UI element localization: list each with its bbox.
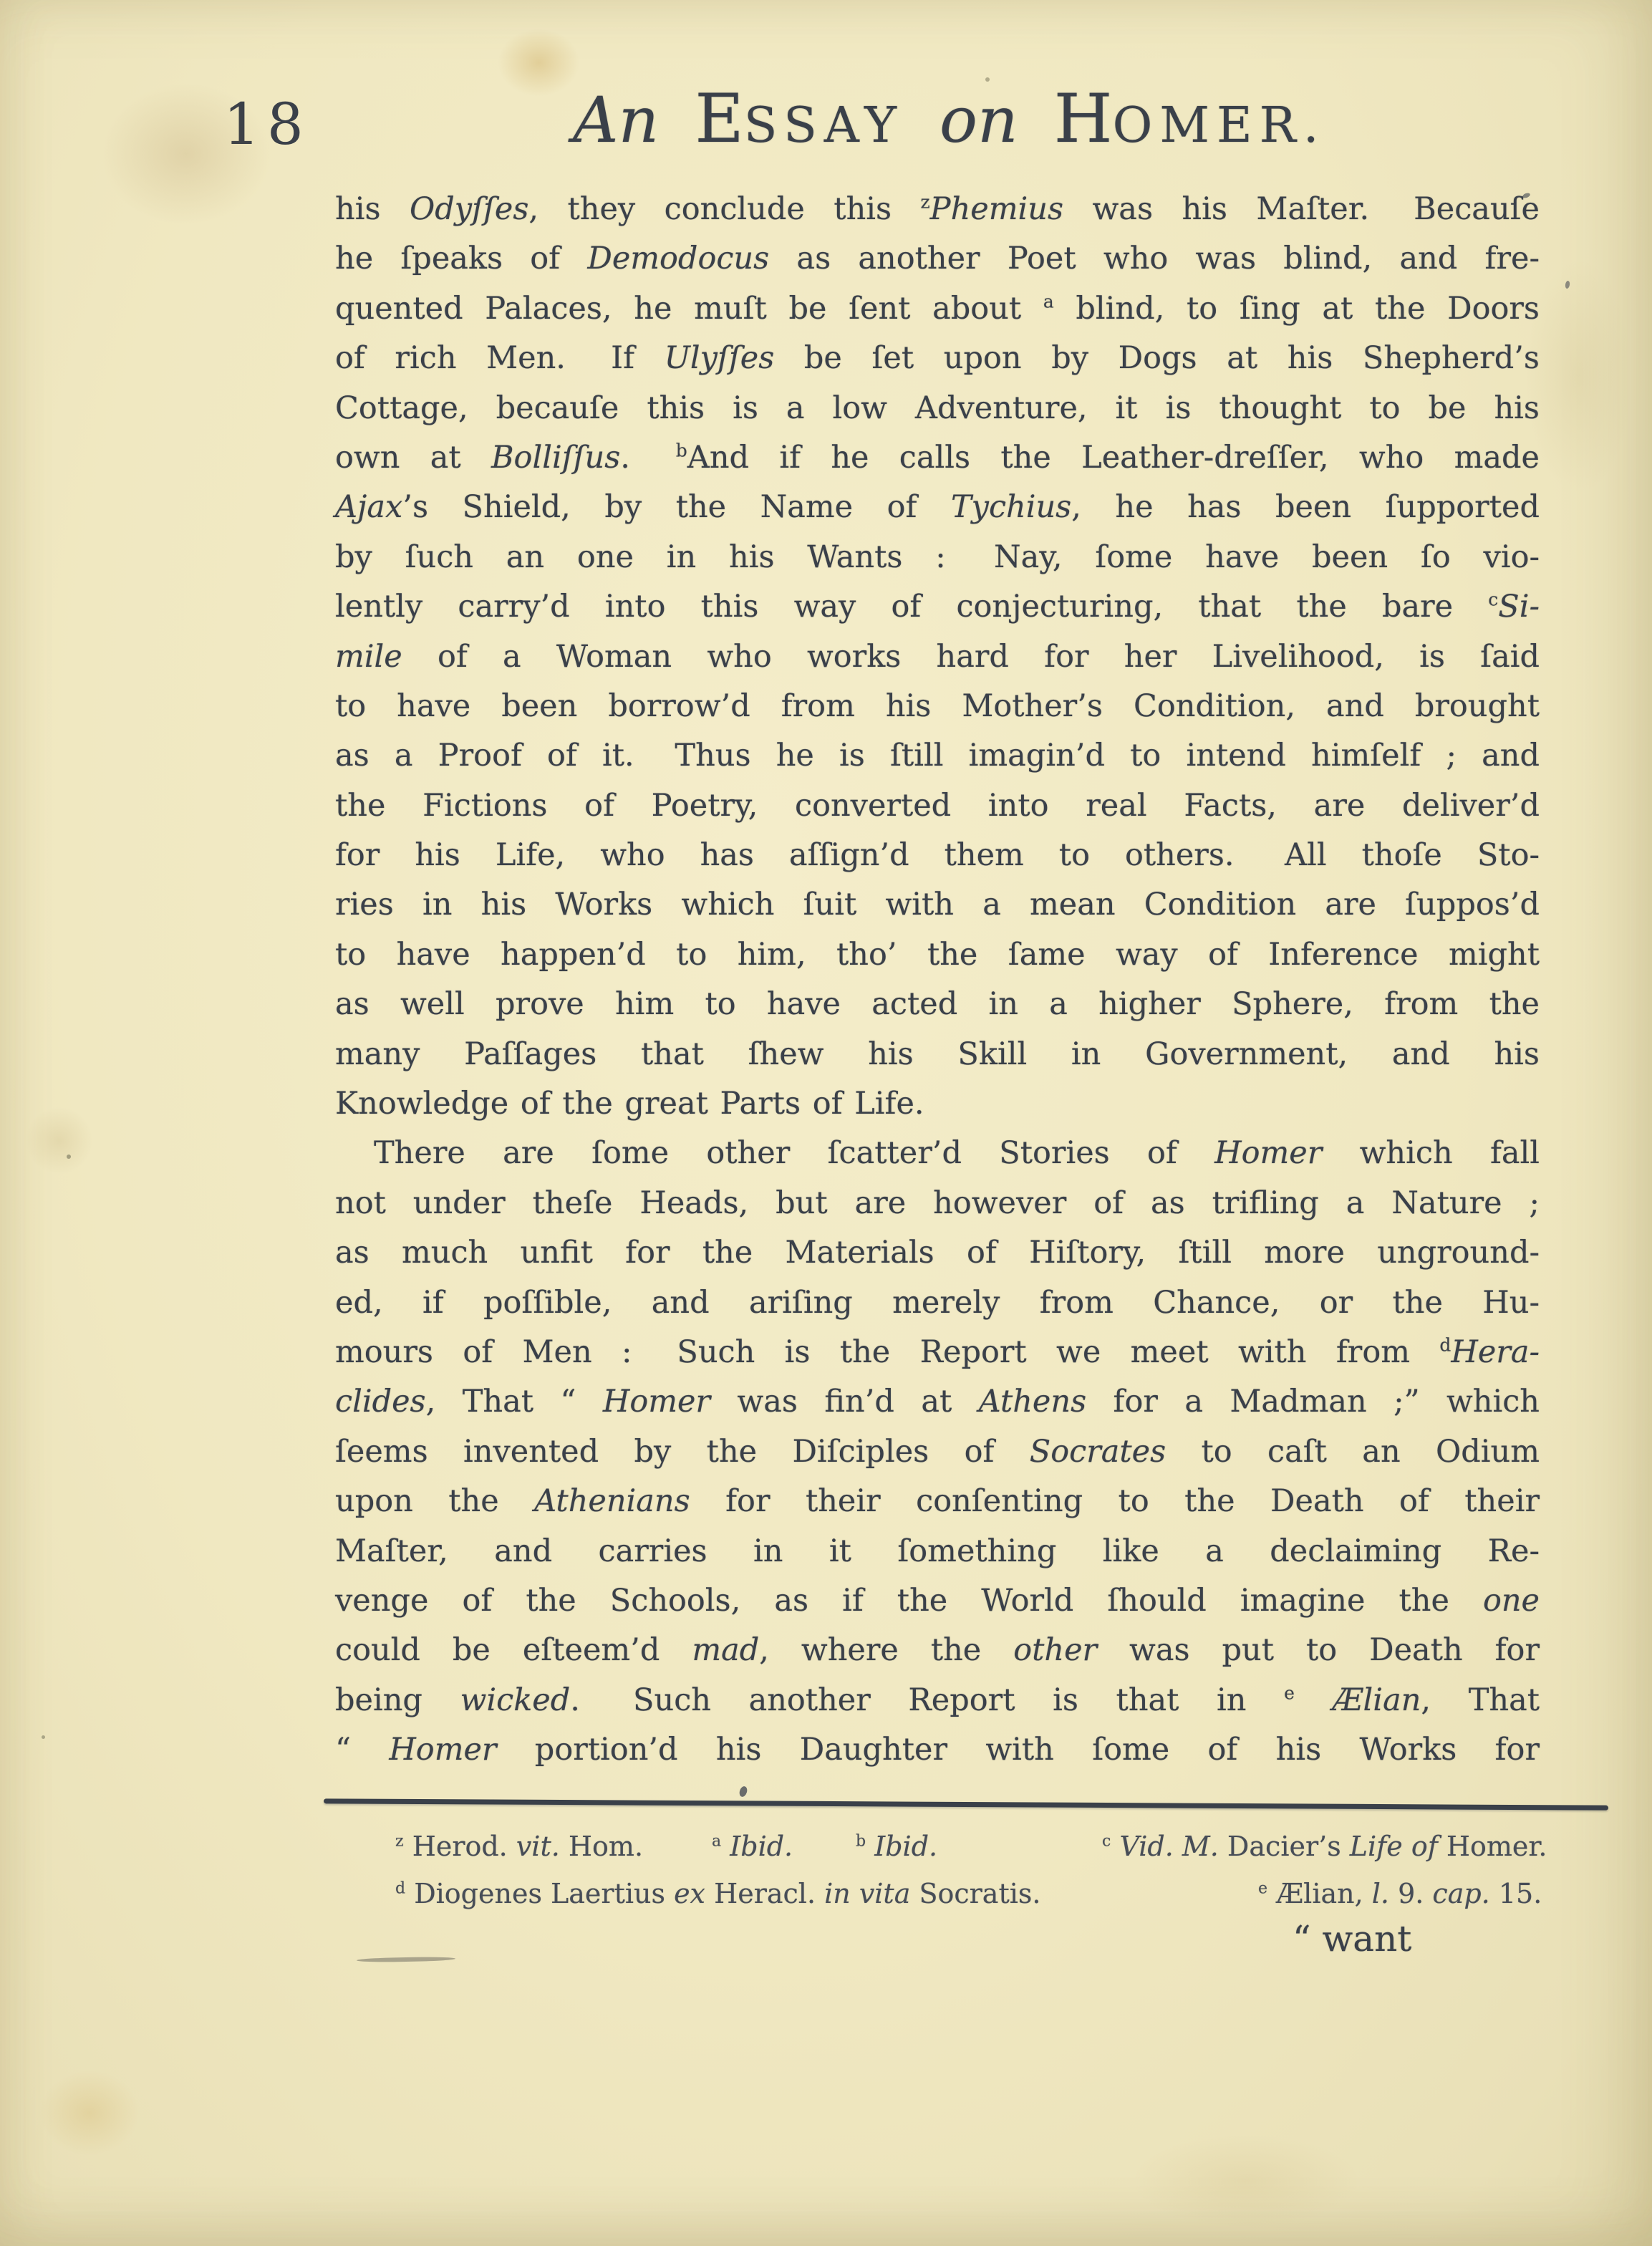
text-run: Maſter, and carries in it ſomething like… bbox=[335, 1533, 1540, 1569]
text-run bbox=[866, 1831, 874, 1862]
title-segment: SSAY bbox=[744, 97, 904, 154]
text-line: mours of Men : Such is the Report we mee… bbox=[335, 1328, 1540, 1377]
paper-stain bbox=[39, 2070, 140, 2156]
text-run: Knowledge of the great Parts of Life. bbox=[335, 1086, 924, 1122]
footnote-citation: e Ælian, l. 9. cap. 15. bbox=[1258, 1878, 1542, 1909]
text-line: quented Palaces, he muſt be ſent about a… bbox=[335, 284, 1540, 334]
text-run: one bbox=[1483, 1583, 1540, 1619]
text-run: to have been borrow’d from his Mother’s … bbox=[335, 688, 1540, 724]
text-run: Life of bbox=[1350, 1831, 1438, 1862]
text-run: other bbox=[1013, 1632, 1097, 1668]
page-number: 18 bbox=[223, 96, 311, 153]
note-reference: c bbox=[1102, 1832, 1111, 1850]
text-line: of rich Men. If Ulyſſes be ſet upon by D… bbox=[335, 334, 1540, 383]
text-line: being wicked. Such another Report is tha… bbox=[335, 1676, 1540, 1725]
text-run: . Such another Report is that in bbox=[570, 1682, 1284, 1718]
note-reference: d bbox=[395, 1879, 405, 1897]
text-run: Socratis. bbox=[910, 1878, 1040, 1909]
text-run: There are ſome other ſcatter’d Stories o… bbox=[374, 1135, 1214, 1171]
text-line: Ajax’s Shield, by the Name of Tychius, h… bbox=[335, 483, 1540, 532]
text-run: for his Life, who has aſſign’d them to o… bbox=[335, 837, 1540, 873]
footnote-citation: d Diogenes Laertius ex Heracl. in vita S… bbox=[395, 1878, 1040, 1909]
text-run: wicked bbox=[460, 1682, 571, 1718]
text-run: Demodocus bbox=[587, 241, 769, 276]
text-run: being bbox=[335, 1682, 460, 1718]
text-line: he ſpeaks of Demodocus as another Poet w… bbox=[335, 234, 1540, 284]
text-run: he ſpeaks of bbox=[335, 241, 587, 276]
text-line: lently carry’d into this way of conjectu… bbox=[335, 582, 1540, 632]
text-run: , That “ bbox=[426, 1384, 603, 1420]
text-run: Hom. bbox=[560, 1831, 643, 1862]
text-run: Socrates bbox=[1030, 1434, 1166, 1470]
text-line: upon the Athenians for their conſenting … bbox=[335, 1477, 1540, 1526]
text-run: as well prove him to have acted in a hig… bbox=[335, 986, 1540, 1022]
text-run: the Fictions of Poetry, converted into r… bbox=[335, 788, 1540, 824]
text-run: 9. bbox=[1389, 1878, 1432, 1909]
paper-stain bbox=[1525, 258, 1633, 494]
text-run: be ſet upon by Dogs at his Shepherd’s bbox=[774, 340, 1540, 376]
footnote-citation: b Ibid. bbox=[856, 1831, 937, 1862]
text-line: Knowledge of the great Parts of Life. bbox=[335, 1079, 1540, 1129]
title-segment: on bbox=[904, 83, 1054, 157]
ink-speck bbox=[738, 1785, 748, 1798]
text-run bbox=[1295, 1682, 1333, 1718]
text-run: was his Maſter. Becauſe bbox=[1063, 191, 1540, 227]
text-line: Maſter, and carries in it ſomething like… bbox=[335, 1527, 1540, 1576]
note-reference: e bbox=[1284, 1682, 1295, 1703]
text-line: ed, if poſſible, and ariſing merely from… bbox=[335, 1278, 1540, 1328]
text-run: as much unfit for the Materials of Hiſto… bbox=[335, 1235, 1540, 1271]
footnote-rule bbox=[324, 1798, 1608, 1810]
paper-stain bbox=[498, 29, 580, 97]
text-run: Bolliſſus bbox=[491, 440, 620, 476]
text-run: was fin’d at bbox=[710, 1384, 979, 1420]
note-reference: z bbox=[921, 192, 930, 213]
text-run: , he has been ſupported bbox=[1071, 489, 1540, 525]
text-run: , they conclude this bbox=[528, 191, 920, 227]
text-line: venge of the Schools, as if the World ſh… bbox=[335, 1576, 1540, 1626]
text-line: his Odyſſes, they conclude this zPhemius… bbox=[335, 185, 1540, 234]
text-run: Ibid. bbox=[730, 1831, 793, 1862]
running-title: An ESSAY on HOMER. bbox=[573, 86, 1325, 153]
footnote-citation: a Ibid. bbox=[712, 1831, 793, 1862]
text-run: vit. bbox=[516, 1831, 560, 1862]
text-run: of rich Men. If bbox=[335, 340, 665, 376]
text-run: Tychius bbox=[951, 489, 1071, 525]
note-reference: d bbox=[1439, 1335, 1451, 1356]
text-line: There are ſome other ſcatter’d Stories o… bbox=[335, 1129, 1540, 1178]
text-run: Phemius bbox=[930, 191, 1063, 227]
text-run: as another Poet who was blind, and fre- bbox=[769, 241, 1540, 276]
text-run: mile bbox=[335, 639, 402, 675]
text-run: many Paſſages that ſhew his Skill in Gov… bbox=[335, 1036, 1540, 1072]
text-run: ries in his Works which ſuit with a mean… bbox=[335, 887, 1540, 922]
text-run: Odyſſes bbox=[410, 191, 528, 227]
text-line: to have been borrow’d from his Mother’s … bbox=[335, 682, 1540, 731]
text-run: Dacier’s bbox=[1219, 1831, 1350, 1862]
text-run: Ibid. bbox=[874, 1831, 937, 1862]
text-run: Hera- bbox=[1451, 1334, 1540, 1370]
text-run: Homer bbox=[603, 1384, 710, 1420]
text-line: to have happen’d to him, tho’ the ſame w… bbox=[335, 930, 1540, 980]
text-line: by ſuch an one in his Wants : Nay, ſome … bbox=[335, 533, 1540, 582]
text-run: Heracl. bbox=[705, 1878, 824, 1909]
text-line: Cottage, becauſe this is a low Adventure… bbox=[335, 384, 1540, 433]
text-run: Ælian, bbox=[1267, 1878, 1372, 1909]
text-run: cap. bbox=[1432, 1878, 1489, 1909]
text-run: own at bbox=[335, 440, 491, 476]
text-run: blind, to ſing at the Doors bbox=[1054, 291, 1540, 327]
text-run: for a Madman ;” which bbox=[1086, 1384, 1540, 1420]
text-run bbox=[721, 1831, 730, 1862]
text-line: as much unfit for the Materials of Hiſto… bbox=[335, 1228, 1540, 1278]
text-run: Ulyſſes bbox=[665, 340, 775, 376]
text-run: 15. bbox=[1490, 1878, 1542, 1909]
text-line: as well prove him to have acted in a hig… bbox=[335, 980, 1540, 1029]
note-reference: a bbox=[1043, 291, 1054, 312]
note-reference: b bbox=[856, 1832, 866, 1850]
text-line: many Paſſages that ſhew his Skill in Gov… bbox=[335, 1030, 1540, 1079]
book-page: 18 An ESSAY on HOMER. his Odyſſes, they … bbox=[0, 0, 1652, 2246]
text-run: . bbox=[620, 440, 676, 476]
footnote-citation: c Vid. M. Dacier’s Life of Homer. bbox=[1102, 1831, 1547, 1862]
text-line: as a Proof of it. Thus he is ſtill imagi… bbox=[335, 731, 1540, 781]
text-run: by ſuch an one in his Wants : Nay, ſome … bbox=[335, 539, 1540, 575]
note-reference: b bbox=[676, 440, 687, 461]
text-line: own at Bolliſſus. bAnd if he calls the L… bbox=[335, 433, 1540, 483]
ink-speck bbox=[985, 77, 990, 82]
text-run: to caſt an Odium bbox=[1166, 1434, 1540, 1470]
body-text: his Odyſſes, they conclude this zPhemius… bbox=[335, 185, 1540, 1775]
text-line: “ Homer portion’d his Daughter with ſome… bbox=[335, 1725, 1540, 1775]
text-run: Athens bbox=[979, 1384, 1086, 1420]
catchword: “ want bbox=[1293, 1918, 1411, 1960]
text-run: , That bbox=[1421, 1682, 1540, 1718]
text-line: clides, That “ Homer was fin’d at Athens… bbox=[335, 1377, 1540, 1427]
text-run: not under theſe Heads, but are however o… bbox=[335, 1185, 1540, 1221]
ghost-mark bbox=[357, 1957, 455, 1962]
paper-stain bbox=[25, 1107, 93, 1175]
text-run: Homer bbox=[389, 1732, 496, 1768]
text-run: Si- bbox=[1498, 589, 1540, 625]
text-line: not under theſe Heads, but are however o… bbox=[335, 1179, 1540, 1228]
text-run: upon the bbox=[335, 1483, 534, 1519]
text-run: for their conſenting to the Death of the… bbox=[690, 1483, 1540, 1519]
ink-speck bbox=[42, 1735, 45, 1739]
text-run: Homer. bbox=[1438, 1831, 1547, 1862]
text-run: ed, if poſſible, and ariſing merely from… bbox=[335, 1285, 1540, 1321]
text-run: Athenians bbox=[534, 1483, 690, 1519]
text-run: ſeems invented by the Diſciples of bbox=[335, 1434, 1030, 1470]
footnotes-row-1: z Herod. vit. Hom.a Ibid.b Ibid.c Vid. M… bbox=[0, 1831, 1652, 1881]
ink-speck bbox=[1565, 281, 1570, 289]
text-line: for his Life, who has aſſign’d them to o… bbox=[335, 831, 1540, 880]
text-run: mours of Men : Such is the Report we mee… bbox=[335, 1334, 1439, 1370]
text-run: And if he calls the Leather-dreſſer, who… bbox=[687, 440, 1540, 476]
text-line: ries in his Works which ſuit with a mean… bbox=[335, 880, 1540, 930]
title-segment: H bbox=[1054, 80, 1113, 158]
text-run: Cottage, becauſe this is a low Adventure… bbox=[335, 390, 1540, 426]
text-run: which fall bbox=[1322, 1135, 1540, 1171]
text-run: Ælian bbox=[1333, 1682, 1421, 1718]
text-run: was put to Death for bbox=[1097, 1632, 1540, 1668]
text-run: Vid. M. bbox=[1119, 1831, 1218, 1862]
title-segment: E bbox=[695, 80, 744, 158]
text-run: ex bbox=[674, 1878, 705, 1909]
title-segment: OMER. bbox=[1113, 97, 1326, 154]
text-run: ’s Shield, by the Name of bbox=[402, 489, 951, 525]
text-run: to have happen’d to him, tho’ the ſame w… bbox=[335, 937, 1540, 973]
text-run: “ bbox=[335, 1732, 389, 1768]
text-run: Herod. bbox=[404, 1831, 516, 1862]
text-run: clides bbox=[335, 1384, 426, 1420]
text-run: Ajax bbox=[335, 489, 402, 525]
text-line: mile of a Woman who works hard for her L… bbox=[335, 632, 1540, 682]
text-line: ſeems invented by the Diſciples of Socra… bbox=[335, 1427, 1540, 1477]
ink-speck bbox=[67, 1155, 71, 1159]
text-run: lently carry’d into this way of conjectu… bbox=[335, 589, 1488, 625]
text-run: of a Woman who works hard for her Liveli… bbox=[402, 639, 1540, 675]
text-run: l. bbox=[1372, 1878, 1389, 1909]
note-reference: z bbox=[395, 1832, 404, 1850]
title-segment: An bbox=[573, 83, 695, 157]
text-run bbox=[1111, 1831, 1119, 1862]
text-run: portion’d his Daughter with ſome of his … bbox=[496, 1732, 1540, 1768]
text-run: quented Palaces, he muſt be ſent about bbox=[335, 291, 1043, 327]
text-run: venge of the Schools, as if the World ſh… bbox=[335, 1583, 1483, 1619]
note-reference: e bbox=[1258, 1879, 1267, 1897]
text-run: Homer bbox=[1214, 1135, 1322, 1171]
text-run: , where the bbox=[759, 1632, 1013, 1668]
text-run: mad bbox=[692, 1632, 759, 1668]
text-line: the Fictions of Poetry, converted into r… bbox=[335, 781, 1540, 831]
text-run: his bbox=[335, 191, 410, 227]
footnote-citation: z Herod. vit. Hom. bbox=[395, 1831, 643, 1862]
note-reference: a bbox=[712, 1832, 721, 1850]
text-run: could be eſteem’d bbox=[335, 1632, 692, 1668]
paper-stain bbox=[1131, 2134, 1361, 2227]
text-run: Diogenes Laertius bbox=[405, 1878, 674, 1909]
text-run: as a Proof of it. Thus he is ſtill imagi… bbox=[335, 738, 1540, 773]
text-run: in vita bbox=[824, 1878, 910, 1909]
note-reference: c bbox=[1488, 589, 1498, 610]
text-line: could be eſteem’d mad, where the other w… bbox=[335, 1626, 1540, 1675]
